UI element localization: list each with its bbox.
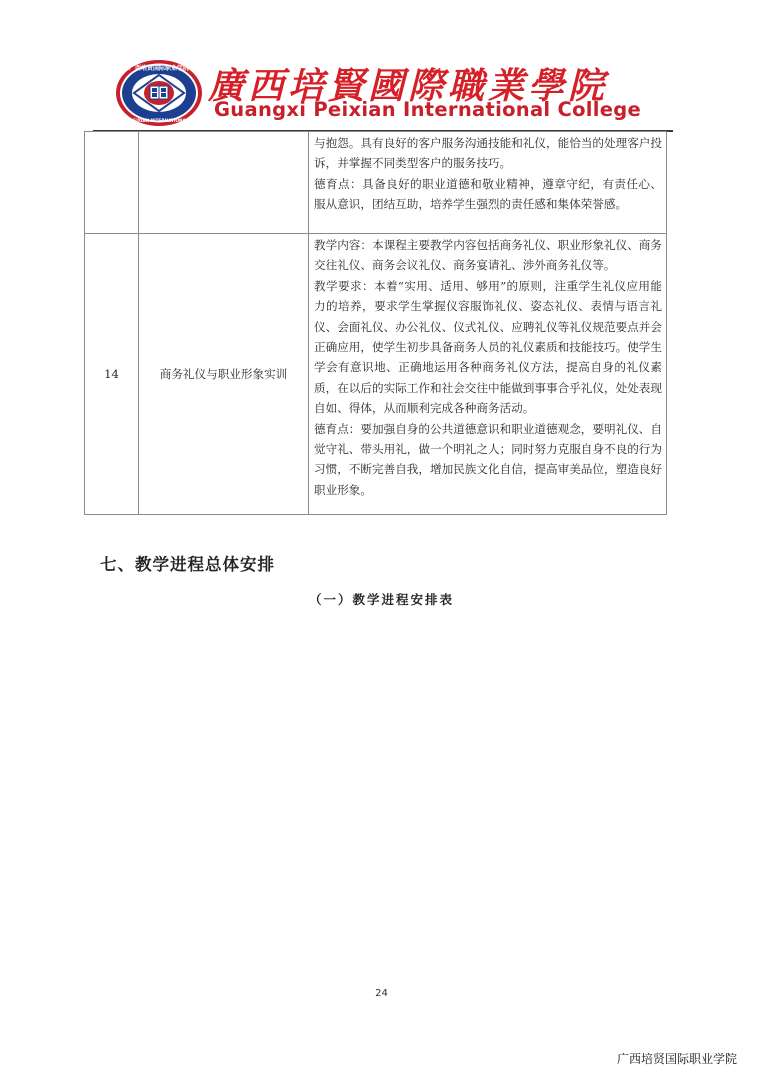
table-row: 与抱怨。具有良好的客户服务沟通技能和礼仪，能恰当的处理客户投诉，并掌握不同类型客…	[85, 132, 667, 234]
table-row: 14 商务礼仪与职业形象实训 教学内容：本课程主要教学内容包括商务礼仪、职业形象…	[85, 234, 667, 515]
college-title-english: Guangxi Peixian International College	[214, 98, 644, 121]
course-number-cell: 14	[85, 234, 139, 515]
course-name-cell	[139, 132, 309, 234]
college-title-chinese: 廣西培賢國際職業學院	[208, 58, 648, 102]
teaching-requirements-paragraph: 教学要求：本着“实用、适用、够用”的原则，注重学生礼仪应用能力的培养，要求学生掌…	[314, 276, 662, 419]
section-heading: 七、教学进程总体安排	[100, 551, 275, 575]
description-paragraph: 与抱怨。具有良好的客户服务沟通技能和礼仪，能恰当的处理客户投诉，并掌握不同类型客…	[314, 133, 662, 174]
footer-college-name: 广西培贤国际职业学院	[617, 1050, 737, 1067]
page-number: 24	[0, 988, 763, 999]
course-description-cell: 教学内容：本课程主要教学内容包括商务礼仪、职业形象礼仪、商务交往礼仪、商务会议礼…	[309, 234, 667, 515]
svg-text:广西培贤国际职业学院: 广西培贤国际职业学院	[129, 64, 189, 72]
course-table: 与抱怨。具有良好的客户服务沟通技能和礼仪，能恰当的处理客户投诉，并掌握不同类型客…	[84, 131, 667, 515]
moral-education-paragraph: 德育点：具备良好的职业道德和敬业精神，遵章守纪，有责任心、 服从意识，团结互助，…	[314, 174, 662, 215]
teaching-content-paragraph: 教学内容：本课程主要教学内容包括商务礼仪、职业形象礼仪、商务交往礼仪、商务会议礼…	[314, 235, 662, 276]
course-description-cell: 与抱怨。具有良好的客户服务沟通技能和礼仪，能恰当的处理客户投诉，并掌握不同类型客…	[309, 132, 667, 234]
course-number-cell	[85, 132, 139, 234]
section-subheading: （一）教学进程安排表	[0, 590, 763, 608]
course-name-cell: 商务礼仪与职业形象实训	[139, 234, 309, 515]
moral-education-paragraph: 德育点：要加强自身的公共道德意识和职业道德观念，要明礼仪、自觉守礼、带头用礼，做…	[314, 419, 662, 501]
college-logo: 广西培贤国际职业学院 GUANGXI PEIXIAN INTERNATIONAL…	[114, 58, 204, 128]
college-emblem-icon: 广西培贤国际职业学院 GUANGXI PEIXIAN INTERNATIONAL…	[114, 58, 204, 128]
svg-text:GUANGXI PEIXIAN INTERNATIONAL: GUANGXI PEIXIAN INTERNATIONAL COLLEGE	[114, 118, 204, 123]
